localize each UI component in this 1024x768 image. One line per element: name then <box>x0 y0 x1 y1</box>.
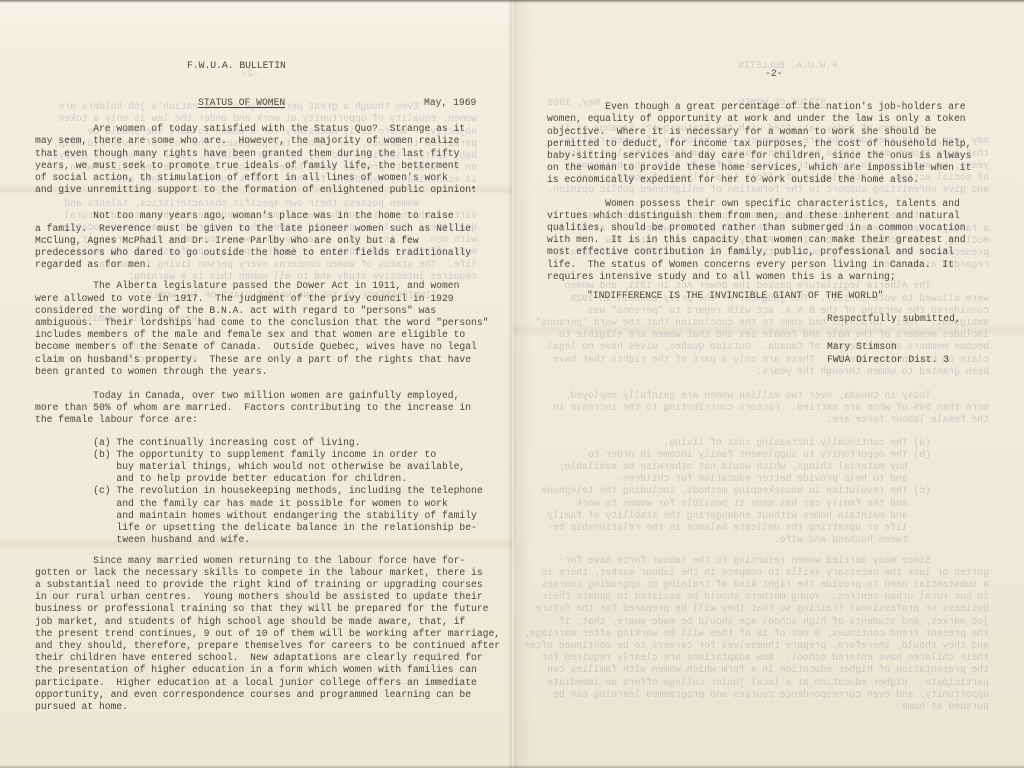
paragraph-labour-force: Today in Canada, over two million women … <box>35 390 512 427</box>
document-title: F.W.U.A. BULLETIN <box>187 60 512 72</box>
paragraph-equality: Even though a great percentage of the na… <box>547 101 1024 186</box>
signature-name: Mary Stimson <box>827 341 1024 353</box>
subject-row: STATUS OF WOMEN May, 1969 <box>35 97 512 110</box>
list-labour-factors: (a) The continually increasing cost of l… <box>35 437 512 547</box>
document-date: May, 1969 <box>424 97 476 109</box>
page-1: -2- Even though a great percentage of th… <box>0 0 512 768</box>
scanned-document: -2- Even though a great percentage of th… <box>0 0 1024 768</box>
document-subject: STATUS OF WOMEN <box>198 97 285 109</box>
paragraph-characteristics: Women possess their own specific charact… <box>547 198 1024 283</box>
paragraph-status-quo: Are women of today satisfied with the St… <box>35 123 512 196</box>
page-2: F.W.U.A. BULLETIN STATUS OF WOMEN May, 1… <box>512 0 1024 768</box>
paragraph-pioneer-women: Not too many years ago, woman's place wa… <box>35 210 512 271</box>
scan-edge-top <box>0 0 1024 3</box>
paragraph-dower-act: The Alberta legislature passed the Dower… <box>35 280 512 378</box>
signature-title: FWUA Director Dist. 3 <box>827 354 1024 366</box>
page-1-content: F.W.U.A. BULLETIN STATUS OF WOMEN May, 1… <box>0 0 512 768</box>
paragraph-training: Since many married women returning to th… <box>35 555 512 714</box>
closing-line: Respectfully submitted, <box>827 313 1024 325</box>
page-number: -2- <box>765 68 1024 80</box>
page-2-content: -2- Even though a great percentage of th… <box>512 0 1024 768</box>
page-seam <box>508 0 516 768</box>
indifference-quote: "INDIFFERENCE IS THE INVINCIBLE GIANT OF… <box>587 290 1024 302</box>
ink-speck <box>472 186 475 189</box>
